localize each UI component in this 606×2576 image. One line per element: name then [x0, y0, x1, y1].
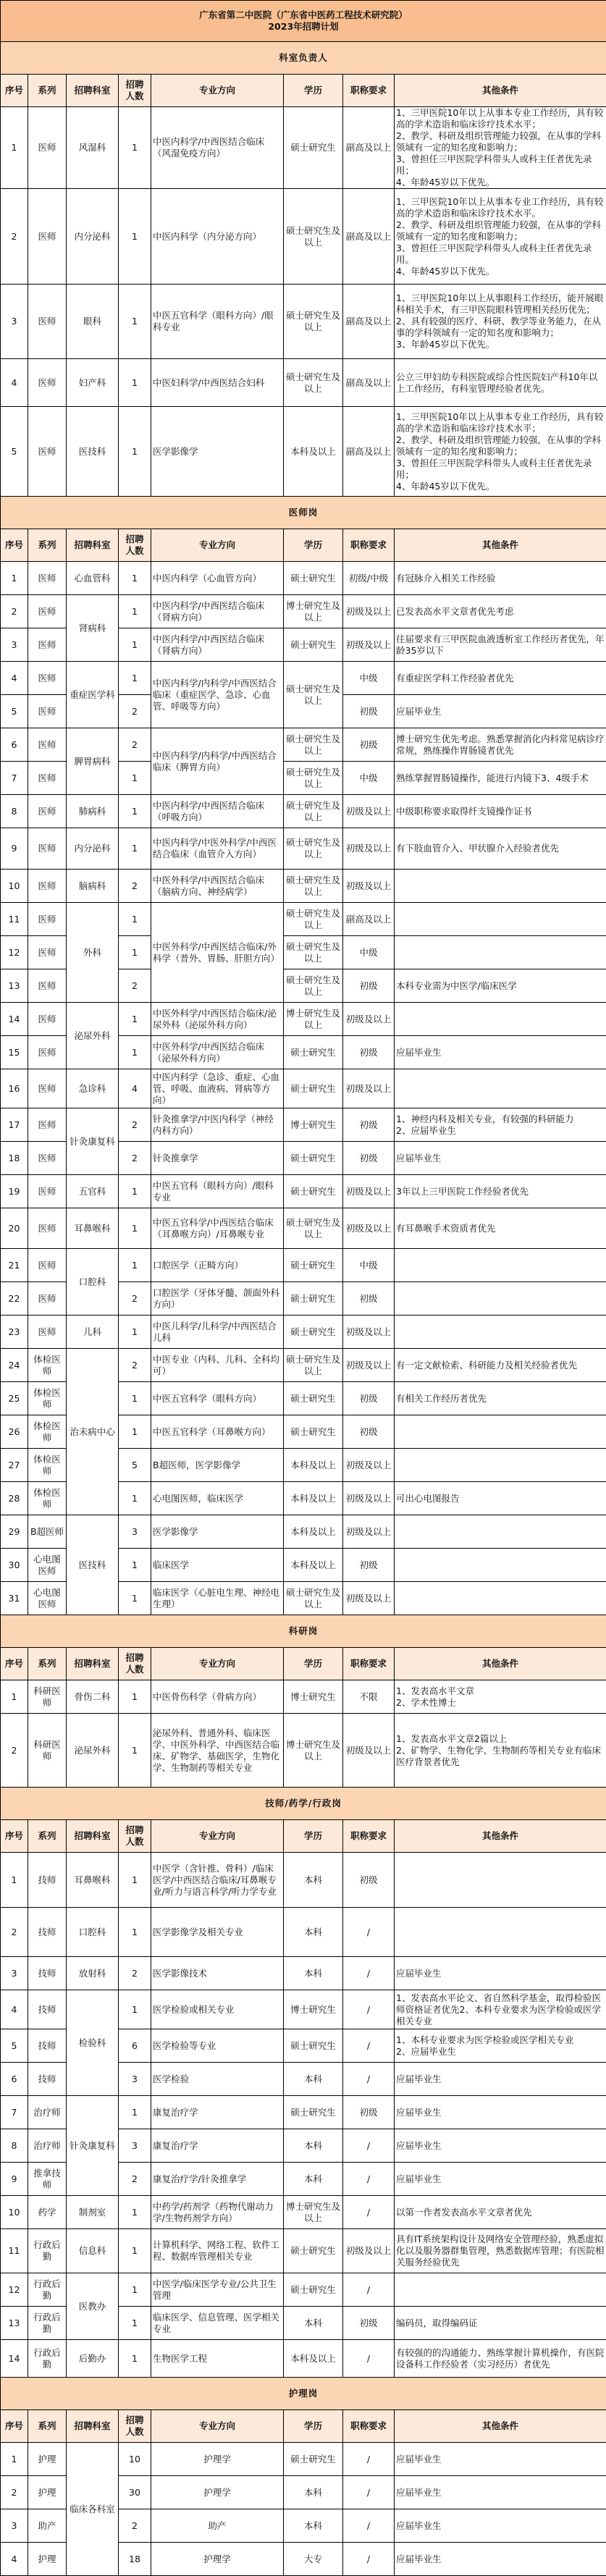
cell-series: 治疗师	[28, 2096, 67, 2129]
cell-series: 心电图医师	[28, 1549, 67, 1582]
table-row: 4医师重症医学科1中医内科学/内科学/中西医结合临床（重症医学、急诊、心血管、呼…	[1, 662, 606, 695]
cell-series: 医师	[28, 562, 67, 595]
cell-title-req: 初级及以上	[343, 1515, 395, 1549]
cell-no: 19	[1, 1175, 28, 1208]
cell-education: 硕士研究生及以上	[284, 870, 343, 903]
col-header-dept: 招聘科室	[67, 1820, 119, 1853]
cell-series: 医师	[28, 1108, 67, 1142]
cell-education: 本科及以上	[284, 2340, 343, 2378]
cell-title-req: 副高及以上	[343, 107, 395, 189]
cell-education: 博士研究生及以上	[284, 1714, 343, 1788]
cell-major: 康复治疗学/针灸推拿学	[151, 2163, 284, 2196]
cell-major: 中医内科学/中西医结合临床（风湿免疫方向）	[151, 107, 284, 189]
cell-education: 硕士研究生及以上	[284, 936, 343, 969]
cell-title-req: 初级	[343, 1108, 395, 1142]
cell-major: 护理学	[151, 2543, 284, 2576]
title-row: 广东省第二中医院（广东省中医药工程技术研究院） 2023年招聘计划	[1, 1, 606, 42]
cell-no: 3	[1, 1957, 28, 1990]
cell-title-req: 初级及以上	[343, 595, 395, 628]
cell-no: 13	[1, 969, 28, 1003]
cell-count: 1	[119, 562, 151, 595]
cell-series: 体检医师	[28, 1449, 67, 1482]
table-body: 广东省第二中医院（广东省中医药工程技术研究院） 2023年招聘计划 科室负责人序…	[1, 1, 606, 2576]
cell-major: 护理学	[151, 2476, 284, 2509]
cell-count: 2	[119, 870, 151, 903]
cell-series: 医师	[28, 870, 67, 903]
cell-major: 计算机科学、网络工程、软件工程、数据库管理相关专业	[151, 2229, 284, 2273]
cell-education: 博士研究生及以上	[284, 2196, 343, 2229]
cell-other-conditions	[395, 1515, 606, 1549]
cell-no: 7	[1, 2096, 28, 2129]
cell-no: 17	[1, 1108, 28, 1142]
title-line-1: 广东省第二中医院（广东省中医药工程技术研究院）	[2, 9, 605, 21]
cell-title-req: 副高及以上	[343, 285, 395, 359]
col-header-major: 专业方向	[151, 1648, 284, 1680]
cell-dept: 内分泌科	[67, 189, 119, 285]
col-header-count: 招聘人数	[119, 529, 151, 562]
cell-other-conditions: 1、三甲医院10年以上从事本专业工作经历，具有较高的学术造诣和临床诊疗技术水平；…	[395, 407, 606, 497]
cell-dept: 放射科	[67, 1957, 119, 1990]
cell-count: 1	[119, 1549, 151, 1582]
cell-no: 1	[1, 1853, 28, 1908]
cell-no: 3	[1, 628, 28, 662]
section-title: 技师/药学/行政岗	[1, 1788, 606, 1820]
cell-title-req: 初级及以上	[343, 870, 395, 903]
cell-dept: 重症医学科	[67, 662, 119, 728]
table-row: 9医师内分泌科1中医内科学/中医外科学/中西医结合临床（血管介入方向）硕士研究生…	[1, 828, 606, 870]
cell-count: 1	[119, 1908, 151, 1957]
cell-other-conditions: 1、三甲医院10年以上从事本专业工作经历，具有较高的学术造诣和临床诊疗技术水平；…	[395, 107, 606, 189]
cell-major: 中医五官科学/中西医结合临床（耳鼻喉方向）/耳鼻喉专业	[151, 1208, 284, 1249]
cell-no: 4	[1, 662, 28, 695]
cell-series: 医师	[28, 795, 67, 828]
table-row: 17医师针灸康复科2针灸推拿学/中医内科学（神经内科方向）博士研究生初级1、神经…	[1, 1108, 606, 1142]
cell-series: 医师	[28, 1175, 67, 1208]
cell-count: 2	[119, 728, 151, 762]
cell-count: 2	[119, 1142, 151, 1175]
cell-education: 硕士研究生及以上	[284, 795, 343, 828]
cell-series: 医师	[28, 285, 67, 359]
table-row: 2医师肾病科1中医内科学/中西医结合临床（肾病方向）博士研究生及以上初级及以上已…	[1, 595, 606, 628]
cell-dept: 心血管科	[67, 562, 119, 595]
cell-no: 16	[1, 1069, 28, 1108]
cell-major: 医学影像学及相关专业	[151, 1908, 284, 1957]
cell-major: 中医五官科学（眼科方向）	[151, 1382, 284, 1415]
cell-major: 中医学/临床医学专业/公共卫生管理	[151, 2273, 284, 2307]
table-row: 3医师眼科1中医五官科学（眼科方向）/眼科专业硕士研究生及以上副高及以上1、三甲…	[1, 285, 606, 359]
cell-title-req: 中级	[343, 762, 395, 795]
cell-education: 本科	[284, 2063, 343, 2096]
cell-series: 心电图医师	[28, 1582, 67, 1615]
cell-other-conditions	[395, 1282, 606, 1316]
cell-count: 3	[119, 2063, 151, 2096]
col-header-series: 系列	[28, 1820, 67, 1853]
cell-series: 护理	[28, 2443, 67, 2476]
cell-education: 本科	[284, 2307, 343, 2340]
cell-no: 2	[1, 189, 28, 285]
col-header-education: 学历	[284, 529, 343, 562]
cell-other-conditions: 有下肢血管介入、甲状腺介入经验者优先	[395, 828, 606, 870]
cell-education: 本科及以上	[284, 1482, 343, 1515]
cell-major: 中医内科学/内科学/中西医结合临床（脾胃方向）	[151, 728, 284, 795]
section-title: 科研岗	[1, 1615, 606, 1648]
cell-major: 助产	[151, 2509, 284, 2543]
cell-title-req: /	[343, 2029, 395, 2063]
cell-title-req: 中级	[343, 936, 395, 969]
cell-count: 1	[119, 1482, 151, 1515]
cell-education: 硕士研究生	[284, 2096, 343, 2129]
cell-other-conditions: 以第一作者发表高水平文章者优先	[395, 2196, 606, 2229]
cell-no: 22	[1, 1282, 28, 1316]
cell-series: 体检医师	[28, 1482, 67, 1515]
cell-other-conditions: 具有IT系统架构设计及网络安全管理经验，熟悉虚拟化以及服务器群集管理，熟悉数据库…	[395, 2229, 606, 2273]
cell-no: 25	[1, 1382, 28, 1415]
cell-education: 本科	[284, 2129, 343, 2163]
cell-no: 9	[1, 2163, 28, 2196]
cell-series: 技师	[28, 1853, 67, 1908]
cell-education: 硕士研究生及以上	[284, 359, 343, 407]
cell-education: 硕士研究生	[284, 1036, 343, 1069]
cell-count: 1	[119, 1175, 151, 1208]
cell-education: 本科	[284, 1957, 343, 1990]
table-row: 24体检医师治未病中心2中医专业（内科、儿科、全科均可）硕士研究生及以上初级及以…	[1, 1349, 606, 1382]
cell-count: 2	[119, 1957, 151, 1990]
cell-title-req: 不限	[343, 1680, 395, 1714]
cell-major: 中医内科学/中西医结合临床（呼吸方向）	[151, 795, 284, 828]
cell-major: 康复治疗学	[151, 2096, 284, 2129]
cell-other-conditions: 编码员，取得编码证	[395, 2307, 606, 2340]
cell-no: 23	[1, 1316, 28, 1349]
cell-dept: 医技科	[67, 407, 119, 497]
cell-title-req: 副高及以上	[343, 189, 395, 285]
cell-education: 博士研究生	[284, 1108, 343, 1142]
cell-no: 21	[1, 1249, 28, 1282]
cell-dept: 信息科	[67, 2229, 119, 2273]
cell-education: 硕士研究生及以上	[284, 189, 343, 285]
title-line-2: 2023年招聘计划	[2, 21, 605, 33]
cell-dept: 外科	[67, 903, 119, 1003]
cell-major: 中医内科学/内科学/中西医结合临床（重症医学、急诊、心血管、呼吸等方向）	[151, 662, 284, 728]
column-header-row: 序号系列招聘科室招聘人数专业方向学历职称要求其他条件	[1, 2410, 606, 2443]
col-header-other: 其他条件	[395, 1648, 606, 1680]
column-header-row: 序号系列招聘科室招聘人数专业方向学历职称要求其他条件	[1, 75, 606, 107]
table-row: 1医师风湿科1中医内科学/中西医结合临床（风湿免疫方向）硕士研究生副高及以上1、…	[1, 107, 606, 189]
cell-count: 1	[119, 407, 151, 497]
col-header-other: 其他条件	[395, 529, 606, 562]
cell-other-conditions	[395, 1908, 606, 1957]
cell-dept: 急诊科	[67, 1069, 119, 1108]
cell-count: 1	[119, 2096, 151, 2129]
cell-title-req: 初级及以上	[343, 1003, 395, 1036]
cell-other-conditions: 本科专业需为中医学/临床医学	[395, 969, 606, 1003]
cell-other-conditions: 应届毕业生	[395, 2063, 606, 2096]
cell-major: B超医师，医学影像学	[151, 1449, 284, 1482]
cell-other-conditions: 博士研究生优先考虑。熟悉掌握消化内科常见病诊疗常规，熟练操作胃肠镜者优先	[395, 728, 606, 762]
cell-no: 31	[1, 1582, 28, 1615]
col-header-no: 序号	[1, 529, 28, 562]
cell-dept: 耳鼻喉科	[67, 1208, 119, 1249]
cell-title-req: 初级及以上	[343, 1714, 395, 1788]
cell-dept: 治未病中心	[67, 1349, 119, 1515]
cell-other-conditions	[395, 1249, 606, 1282]
cell-dept: 泌尿外科	[67, 1003, 119, 1069]
cell-series: 技师	[28, 1990, 67, 2029]
cell-other-conditions	[395, 1316, 606, 1349]
cell-title-req: 初级及以上	[343, 1069, 395, 1108]
cell-dept: 口腔科	[67, 1908, 119, 1957]
cell-count: 2	[119, 1349, 151, 1382]
table-row: 2科研医师泌尿外科1泌尿外科、普通外科、临床医学、中医外科学、中西医结合临床、矿…	[1, 1714, 606, 1788]
cell-title-req: /	[343, 2443, 395, 2476]
cell-education: 硕士研究生	[284, 1382, 343, 1415]
cell-major: 针灸推拿学	[151, 1142, 284, 1175]
cell-count: 2	[119, 2509, 151, 2543]
cell-count: 1	[119, 1415, 151, 1449]
cell-other-conditions: 1、三甲医院10年以上从事眼科工作经历，能开展眼科相关手术，有三甲医院眼科管理相…	[395, 285, 606, 359]
column-header-row: 序号系列招聘科室招聘人数专业方向学历职称要求其他条件	[1, 529, 606, 562]
cell-education: 硕士研究生	[284, 1142, 343, 1175]
cell-education: 本科	[284, 2476, 343, 2509]
cell-count: 3	[119, 1515, 151, 1549]
col-header-major: 专业方向	[151, 2410, 284, 2443]
col-header-count: 招聘人数	[119, 1648, 151, 1680]
cell-education: 本科及以上	[284, 1549, 343, 1582]
cell-dept: 耳鼻喉科	[67, 1853, 119, 1908]
cell-title-req: 初级	[343, 1036, 395, 1069]
cell-major: 医学影像技术	[151, 1957, 284, 1990]
cell-major: 中医外科学/中西医结合临床（泌尿外科方向）	[151, 1036, 284, 1069]
cell-education: 本科	[284, 2163, 343, 2196]
section-header-row: 科室负责人	[1, 42, 606, 75]
cell-no: 8	[1, 795, 28, 828]
cell-major: 医学检验等专业	[151, 2029, 284, 2063]
cell-series: 医师	[28, 936, 67, 969]
cell-education: 本科及以上	[284, 407, 343, 497]
cell-dept: 口腔科	[67, 1249, 119, 1316]
cell-count: 2	[119, 1282, 151, 1316]
col-header-other: 其他条件	[395, 75, 606, 107]
cell-count: 1	[119, 1582, 151, 1615]
cell-title-req: 初级及以上	[343, 1175, 395, 1208]
cell-no: 4	[1, 2543, 28, 2576]
cell-series: 医师	[28, 695, 67, 728]
cell-major: 临床医学（心脏电生理、神经电生理）	[151, 1582, 284, 1615]
cell-other-conditions: 1、神经内科及相关专业，有较强的科研能力 2、应届毕业生	[395, 1108, 606, 1142]
cell-no: 10	[1, 2196, 28, 2229]
table-row: 1护理临床各科室10护理学硕士研究生/应届毕业生	[1, 2443, 606, 2476]
cell-series: 技师	[28, 1908, 67, 1957]
cell-education: 硕士研究生	[284, 1249, 343, 1282]
cell-title-req: 初级及以上	[343, 1482, 395, 1515]
cell-count: 1	[119, 662, 151, 695]
table-row: 11医师外科1中医外科学/中西医结合临床/外科学（普外、胃肠、肝胆方向）硕士研究…	[1, 903, 606, 936]
cell-major: 中医五官科学（耳鼻喉方向）	[151, 1415, 284, 1449]
cell-title-req: 初级	[343, 1415, 395, 1449]
cell-count: 1	[119, 2340, 151, 2378]
cell-series: 行政后勤	[28, 2229, 67, 2273]
cell-dept: 风湿科	[67, 107, 119, 189]
table-row: 16医师急诊科4中医内科学（急诊、重症、心血管、呼吸、血液病、肾病等方向）硕士研…	[1, 1069, 606, 1108]
cell-series: 推拿技师	[28, 2163, 67, 2196]
cell-major: 中医专业（内科、儿科、全科均可）	[151, 1349, 284, 1382]
cell-major: 泌尿外科、普通外科、临床医学、中医外科学、中西医结合临床、矿物学、基础医学，生物…	[151, 1714, 284, 1788]
cell-education: 硕士研究生	[284, 2273, 343, 2307]
cell-other-conditions: 有相关工作经历者优先	[395, 1382, 606, 1415]
col-header-count: 招聘人数	[119, 75, 151, 107]
cell-series: 医师	[28, 828, 67, 870]
cell-count: 1	[119, 1249, 151, 1282]
cell-no: 5	[1, 695, 28, 728]
cell-major: 中医儿科学/儿科学/中西医结合儿科	[151, 1316, 284, 1349]
cell-other-conditions: 应届毕业生	[395, 695, 606, 728]
cell-education: 硕士研究生及以上	[284, 1208, 343, 1249]
cell-education: 硕士研究生及以上	[284, 1349, 343, 1382]
cell-education: 本科	[284, 1908, 343, 1957]
cell-title-req: /	[343, 2063, 395, 2096]
cell-education: 本科	[284, 2509, 343, 2543]
cell-other-conditions	[395, 1549, 606, 1582]
cell-dept: 制剂室	[67, 2196, 119, 2229]
cell-other-conditions	[395, 1449, 606, 1482]
cell-education: 硕士研究生	[284, 628, 343, 662]
cell-count: 10	[119, 2443, 151, 2476]
table-row: 1医师心血管科1中医内科学（心血管方向）硕士研究生初级/中级有冠脉介入相关工作经…	[1, 562, 606, 595]
col-header-education: 学历	[284, 75, 343, 107]
cell-other-conditions: 应届毕业生	[395, 2443, 606, 2476]
cell-other-conditions: 应届毕业生	[395, 2096, 606, 2129]
cell-major: 医学影像学	[151, 407, 284, 497]
cell-other-conditions: 1、发表高水平论文、省自然科学基金，取得检验医师资格证者优先2、本科专业要求为医…	[395, 1990, 606, 2029]
cell-other-conditions	[395, 1853, 606, 1908]
col-header-major: 专业方向	[151, 75, 284, 107]
cell-no: 3	[1, 285, 28, 359]
cell-education: 硕士研究生及以上	[284, 728, 343, 762]
cell-no: 18	[1, 1142, 28, 1175]
col-header-other: 其他条件	[395, 1820, 606, 1853]
cell-dept: 针灸康复科	[67, 2096, 119, 2196]
cell-count: 1	[119, 628, 151, 662]
cell-education: 本科及以上	[284, 1515, 343, 1549]
cell-title-req: 初级	[343, 728, 395, 762]
cell-count: 1	[119, 1680, 151, 1714]
cell-no: 2	[1, 1714, 28, 1788]
cell-title-req: 初级	[343, 2307, 395, 2340]
cell-count: 1	[119, 1853, 151, 1908]
cell-major: 医学检验	[151, 2063, 284, 2096]
cell-count: 2	[119, 969, 151, 1003]
cell-other-conditions	[395, 903, 606, 936]
cell-series: 护理	[28, 2543, 67, 2576]
cell-series: 技师	[28, 2063, 67, 2096]
cell-title-req: 中级	[343, 1249, 395, 1282]
table-row: 29B超医师医技科3医学影像学本科及以上初级及以上	[1, 1515, 606, 1549]
cell-title-req: 初级及以上	[343, 828, 395, 870]
cell-education: 硕士研究生及以上	[284, 969, 343, 1003]
col-header-series: 系列	[28, 1648, 67, 1680]
cell-education: 大专	[284, 2543, 343, 2576]
cell-no: 14	[1, 1003, 28, 1036]
cell-title-req: /	[343, 1957, 395, 1990]
cell-other-conditions: 有耳鼻喉手术资质者优先	[395, 1208, 606, 1249]
cell-other-conditions: 应届毕业生	[395, 2543, 606, 2576]
cell-no: 26	[1, 1415, 28, 1449]
cell-count: 1	[119, 595, 151, 628]
cell-title-req: /	[343, 2509, 395, 2543]
cell-dept: 肺病科	[67, 795, 119, 828]
cell-education: 硕士研究生	[284, 1069, 343, 1108]
cell-other-conditions: 熟练掌握胃肠镜操作，能进行内镜下3、4级手术	[395, 762, 606, 795]
cell-dept: 脑病科	[67, 870, 119, 903]
table-row: 10医师脑病科2中医外科学/中西医结合临床（脑病方向、神经病学）硕士研究生及以上…	[1, 870, 606, 903]
cell-no: 27	[1, 1449, 28, 1482]
cell-series: 医师	[28, 189, 67, 285]
cell-series: 助产	[28, 2509, 67, 2543]
cell-major: 中医内科学/中西医结合临床（肾病方向）	[151, 628, 284, 662]
cell-series: 医师	[28, 1316, 67, 1349]
cell-title-req: 初级及以上	[343, 2229, 395, 2273]
col-header-major: 专业方向	[151, 1820, 284, 1853]
cell-no: 2	[1, 595, 28, 628]
cell-no: 1	[1, 1680, 28, 1714]
table-row: 12行政后勤医教办1中医学/临床医学专业/公共卫生管理硕士研究生/	[1, 2273, 606, 2307]
cell-series: 技师	[28, 1957, 67, 1990]
cell-series: 医师	[28, 969, 67, 1003]
table-row: 5医师医技科1医学影像学本科及以上副高及以上1、三甲医院10年以上从事本专业工作…	[1, 407, 606, 497]
cell-education: 博士研究生	[284, 1990, 343, 2029]
cell-major: 针灸推拿学/中医内科学（神经内科方向）	[151, 1108, 284, 1142]
cell-major: 口腔医学（牙体牙髓、颌面外科方向）	[151, 1282, 284, 1316]
cell-no: 1	[1, 107, 28, 189]
cell-title-req: /	[343, 2476, 395, 2509]
cell-title-req: /	[343, 2543, 395, 2576]
cell-no: 13	[1, 2307, 28, 2340]
cell-count: 1	[119, 1714, 151, 1788]
cell-education: 博士研究生	[284, 1680, 343, 1714]
table-row: 19医师五官科1中医五官科（眼科方向）/眼科专业硕士研究生初级及以上3年以上三甲…	[1, 1175, 606, 1208]
cell-major: 医学影像学	[151, 1515, 284, 1549]
cell-no: 11	[1, 2229, 28, 2273]
col-header-count: 招聘人数	[119, 2410, 151, 2443]
cell-count: 1	[119, 1316, 151, 1349]
col-header-education: 学历	[284, 1820, 343, 1853]
cell-series: 医师	[28, 595, 67, 628]
cell-title-req: 初级	[343, 1382, 395, 1415]
col-header-title-req: 职称要求	[343, 75, 395, 107]
cell-series: 行政后勤	[28, 2307, 67, 2340]
section-title: 医师岗	[1, 497, 606, 529]
cell-count: 1	[119, 903, 151, 936]
cell-title-req: /	[343, 2196, 395, 2229]
table-row: 23医师儿科1中医儿科学/儿科学/中西医结合儿科硕士研究生初级及以上	[1, 1316, 606, 1349]
cell-title-req: 副高及以上	[343, 903, 395, 936]
section-header-row: 科研岗	[1, 1615, 606, 1648]
cell-title-req: 初级	[343, 969, 395, 1003]
table-row: 3技师放射科2医学影像技术本科/应届毕业生	[1, 1957, 606, 1990]
cell-other-conditions	[395, 1582, 606, 1615]
column-header-row: 序号系列招聘科室招聘人数专业方向学历职称要求其他条件	[1, 1648, 606, 1680]
cell-other-conditions: 有重症医学科工作经验者优先	[395, 662, 606, 695]
table-row: 2医师内分泌科1中医内科学（内分泌方向）硕士研究生及以上副高及以上1、三甲医院1…	[1, 189, 606, 285]
cell-dept: 肾病科	[67, 595, 119, 662]
cell-major: 心电图医师，临床医学	[151, 1482, 284, 1515]
col-header-major: 专业方向	[151, 529, 284, 562]
cell-title-req: 初级及以上	[343, 1316, 395, 1349]
table-row: 8医师肺病科1中医内科学/中西医结合临床（呼吸方向）硕士研究生及以上初级及以上中…	[1, 795, 606, 828]
cell-other-conditions: 中级职称要求取得纤支镜操作证书	[395, 795, 606, 828]
col-header-education: 学历	[284, 1648, 343, 1680]
col-header-title-req: 职称要求	[343, 529, 395, 562]
cell-major: 护理学	[151, 2443, 284, 2476]
